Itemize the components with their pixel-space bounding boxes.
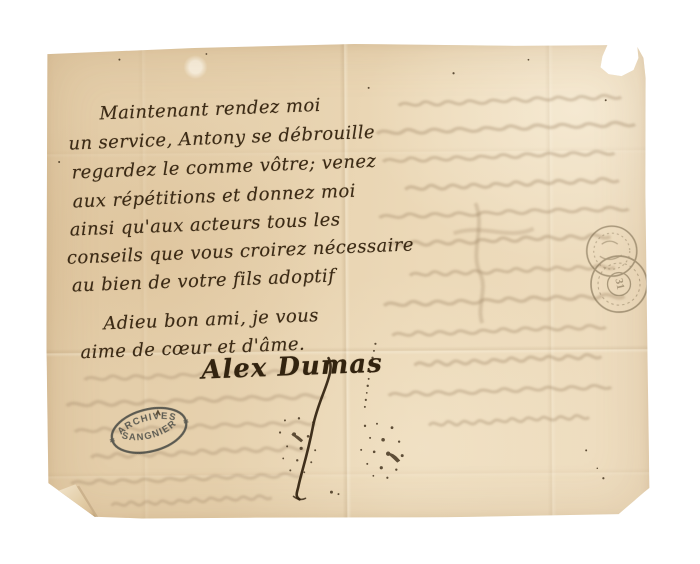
ink-specks [44,42,649,522]
letter-paper: Maintenant rendez moi un service, Antony… [44,42,649,522]
photo-canvas: Maintenant rendez moi un service, Antony… [0,0,700,564]
